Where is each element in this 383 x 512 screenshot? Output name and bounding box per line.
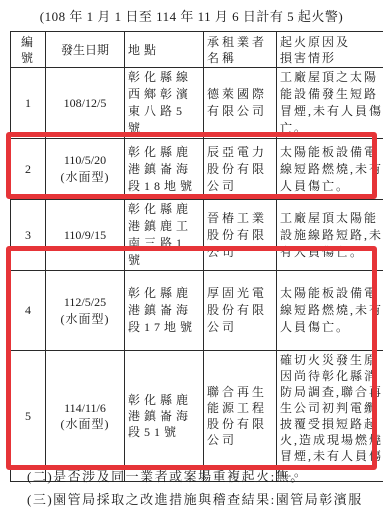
date-cell: 114/11/6(水面型) (46, 351, 125, 482)
lessee-cell: 厚固光電股份有限公司 (204, 271, 277, 351)
row-number-cell: 4 (11, 271, 46, 351)
header-location: 地點 (125, 32, 204, 68)
cause-cell: 太陽能板設備電線短路燃燒,未有人員傷亡。 (277, 139, 383, 200)
date-cell: 112/5/25(水面型) (46, 271, 125, 351)
row-number-cell: 1 (11, 68, 46, 139)
row-number-cell: 2 (11, 139, 46, 200)
lessee-cell: 晉椿工業股份有限公司 (204, 200, 277, 271)
footer-note-3: (三)園管局採取之改進措施與稽查結果:園管局彰濱服 (27, 489, 377, 508)
date-note: (水面型) (49, 169, 121, 186)
cause-cell: 確切火災發生原因尚待彰化縣消防局調查,聯合再生公司初判電纜披覆受損短路起火,造成… (277, 351, 383, 482)
date-value: 110/9/15 (64, 228, 106, 242)
table-row: 3 110/9/15 彰化縣鹿港鎮鹿工南三路1號 晉椿工業股份有限公司 工廠屋頂… (11, 200, 383, 271)
footer-note-2: (二)是否涉及同一業者或案場重複起火:無。 (27, 466, 377, 485)
date-value: 108/12/5 (64, 96, 107, 110)
location-cell: 彰化縣線西鄉彰濱東八路5號 (125, 68, 204, 139)
date-note: (水面型) (49, 416, 121, 432)
header-number: 編 號 (11, 32, 46, 68)
header-date: 發生日期 (46, 32, 125, 68)
fire-incident-table: 編 號 發生日期 地點 承租業者 名稱 起火原因及 損害情形 1 108/12/… (10, 31, 383, 482)
date-cell: 110/9/15 (46, 200, 125, 271)
cause-cell: 工廠屋頂之太陽能設備發生短路冒煙,未有人員傷亡。 (277, 68, 383, 139)
location-cell: 彰化縣鹿港鎮鹿工南三路1號 (125, 200, 204, 271)
cause-cell: 太陽能板設備電線短路燃燒,未有人員傷亡。 (277, 271, 383, 351)
page-title: (108 年 1 月 1 日至 114 年 11 月 6 日計有 5 起火警) (0, 6, 383, 25)
cause-cell: 工廠屋頂太陽能設施線路短路,未有人員傷亡。 (277, 200, 383, 271)
table-row: 1 108/12/5 彰化縣線西鄉彰濱東八路5號 德萊國際有限公司 工廠屋頂之太… (11, 68, 383, 139)
header-cause: 起火原因及 損害情形 (277, 32, 383, 68)
date-value: 110/5/20 (64, 153, 106, 167)
date-value: 114/11/6 (64, 401, 106, 415)
date-value: 112/5/25 (64, 295, 106, 309)
date-cell: 108/12/5 (46, 68, 125, 139)
header-lessee: 承租業者 名稱 (204, 32, 277, 68)
row-number-cell: 5 (11, 351, 46, 482)
table-header-row: 編 號 發生日期 地點 承租業者 名稱 起火原因及 損害情形 (11, 32, 383, 68)
row-number-cell: 3 (11, 200, 46, 271)
location-cell: 彰化縣鹿港鎮崙海段18地號 (125, 139, 204, 200)
table-row: 2 110/5/20(水面型) 彰化縣鹿港鎮崙海段18地號 辰亞電力股份有限公司… (11, 139, 383, 200)
lessee-cell: 聯合再生能源工程股份有限公司 (204, 351, 277, 482)
lessee-cell: 辰亞電力股份有限公司 (204, 139, 277, 200)
table-row: 4 112/5/25(水面型) 彰化縣鹿港鎮崙海段17地號 厚固光電股份有限公司… (11, 271, 383, 351)
table-row: 5 114/11/6(水面型) 彰化縣鹿港鎮崙海段51號 聯合再生能源工程股份有… (11, 351, 383, 482)
date-note: (水面型) (49, 311, 121, 328)
date-cell: 110/5/20(水面型) (46, 139, 125, 200)
location-cell: 彰化縣鹿港鎮崙海段17地號 (125, 271, 204, 351)
location-cell: 彰化縣鹿港鎮崙海段51號 (125, 351, 204, 482)
lessee-cell: 德萊國際有限公司 (204, 68, 277, 139)
